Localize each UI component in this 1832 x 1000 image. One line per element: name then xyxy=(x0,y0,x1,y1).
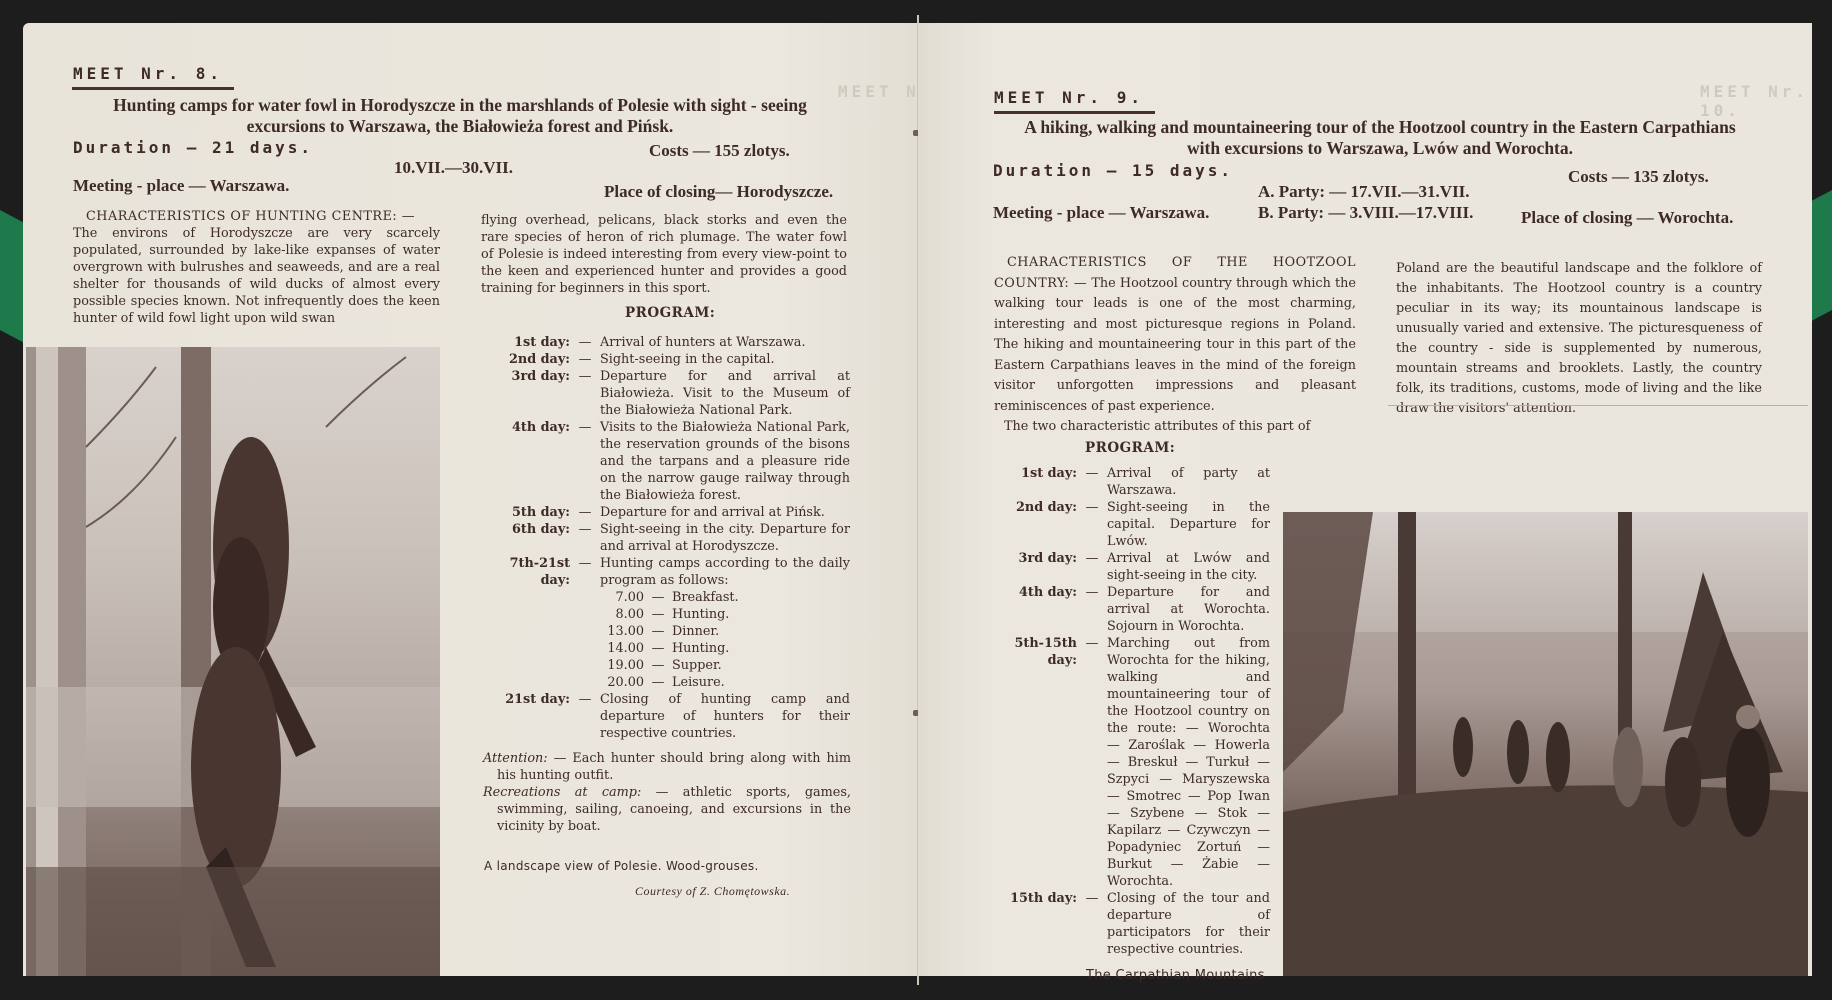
meet-9-title-underline xyxy=(994,111,1155,114)
program-desc: Sight-seeing in the capital. Departure f… xyxy=(1107,499,1270,550)
schedule-activity: Breakfast. xyxy=(672,589,739,606)
meet-9-duration: Duration — 15 days. xyxy=(993,161,1233,180)
schedule-activity: Hunting. xyxy=(672,640,729,657)
program-day: 1st day: xyxy=(480,334,570,351)
program-desc: Departure for and arrival at Worochta. S… xyxy=(1107,584,1270,635)
meet-8-characteristics-text: The environs of Horodyszcze are very sca… xyxy=(73,225,440,327)
meet-9-program-heading: PROGRAM: xyxy=(1085,440,1175,456)
schedule-dash: — xyxy=(644,589,672,606)
program-desc: Sight-seeing in the city. Departure for … xyxy=(600,521,850,555)
program-day: 1st day: xyxy=(985,465,1077,499)
schedule-time: 14.00 xyxy=(602,640,644,657)
program-desc: Departure for and arrival at Białowieża.… xyxy=(600,368,850,419)
program-day: 5th-15th day: xyxy=(985,635,1077,890)
program-dash: — xyxy=(570,351,600,368)
photo-carpathian-hikers xyxy=(1283,512,1808,976)
schedule-row: 8.00—Hunting. xyxy=(602,606,850,623)
photo-credit: Courtesy of Z. Chomętowska. xyxy=(635,884,790,899)
program-dash: — xyxy=(570,334,600,351)
schedule-dash: — xyxy=(644,657,672,674)
program-day: 4th day: xyxy=(480,419,570,504)
meet-8-duration: Duration — 21 days. xyxy=(73,138,313,157)
program-row: 3rd day:—Departure for and arrival at Bi… xyxy=(480,368,850,419)
meet-8-dates: 10.VII.—30.VII. xyxy=(394,158,513,178)
recreations-line: Recreations at camp: — athletic sports, … xyxy=(483,784,851,835)
meet-8-meeting-place: Meeting - place — Warszawa. xyxy=(73,176,289,196)
program-dash: — xyxy=(1077,465,1107,499)
program-row: 3rd day:—Arrival at Lwów and sight-seein… xyxy=(985,550,1270,584)
program-dash: — xyxy=(570,504,600,521)
schedule-activity: Supper. xyxy=(672,657,722,674)
photo-caption: A landscape view of Polesie. Wood-grouse… xyxy=(484,859,759,873)
meet-8-place-of-closing: Place of closing— Horodyszcze. xyxy=(604,182,833,202)
program-row: 21st day:—Closing of hunting camp and de… xyxy=(480,691,850,742)
schedule-activity: Leisure. xyxy=(672,674,725,691)
program-desc: Departure for and arrival at Pińsk. xyxy=(600,504,850,521)
attention-label: Attention: xyxy=(483,751,548,766)
program-day: 3rd day: xyxy=(480,368,570,419)
program-dash: — xyxy=(1077,584,1107,635)
program-day: 5th day: xyxy=(480,504,570,521)
program-desc: Marching out from Worochta for the hikin… xyxy=(1107,635,1270,890)
carpathian-hikers-photo-icon xyxy=(1283,512,1808,976)
program-desc: Visits to the Białowieża National Park, … xyxy=(600,419,850,504)
paste-edge-line xyxy=(1388,405,1808,406)
attention-line: Attention: — Each hunter should bring al… xyxy=(483,750,851,784)
schedule-row: 13.00—Dinner. xyxy=(602,623,850,640)
program-day: 6th day: xyxy=(480,521,570,555)
schedule-time: 13.00 xyxy=(602,623,644,640)
program-row: 6th day:—Sight-seeing in the city. Depar… xyxy=(480,521,850,555)
meet-8-program-list: 1st day:—Arrival of hunters at Warszawa.… xyxy=(480,334,850,742)
meet-9-characteristics-text: The Hootzool country through which the w… xyxy=(994,276,1356,414)
schedule-row: 14.00—Hunting. xyxy=(602,640,850,657)
meet-8-characteristics-col2: flying overhead, pelicans, black storks … xyxy=(481,212,847,297)
meet-9-party-a: A. Party: — 17.VII.—31.VII. xyxy=(1258,182,1470,202)
program-day: 15th day: xyxy=(985,890,1077,958)
schedule-time: 20.00 xyxy=(602,674,644,691)
schedule-row: 19.00—Supper. xyxy=(602,657,850,674)
schedule-row: 20.00—Leisure. xyxy=(602,674,850,691)
meet-9-subtitle: A hiking, walking and mountaineering tou… xyxy=(990,117,1770,159)
meet-8-subtitle: Hunting camps for water fowl in Horodysz… xyxy=(70,95,850,137)
program-day: 21st day: xyxy=(480,691,570,742)
meet-9-subtitle-line2: with excursions to Warszawa, Lwów and Wo… xyxy=(990,138,1770,159)
schedule-dash: — xyxy=(644,640,672,657)
program-day: 3rd day: xyxy=(985,550,1077,584)
program-dash: — xyxy=(1077,550,1107,584)
wood-grouse-photo-icon xyxy=(26,347,440,976)
program-row: 4th day:—Visits to the Białowieża Nation… xyxy=(480,419,850,504)
meet-8-characteristics-col1: CHARACTERISTICS OF HUNTING CENTRE: — The… xyxy=(73,208,440,327)
program-row: 1st day:—Arrival of party at Warszawa. xyxy=(985,465,1270,499)
meet-9-characteristics-text-b: The two characteristic attributes of thi… xyxy=(994,417,1356,438)
photo-wood-grouses xyxy=(26,347,440,976)
program-day: 2nd day: xyxy=(480,351,570,368)
attention-text: — Each hunter should bring along with hi… xyxy=(497,751,851,783)
program-dash: — xyxy=(1077,499,1107,550)
program-row: 5th day:—Departure for and arrival at Pi… xyxy=(480,504,850,521)
program-desc: Sight-seeing in the capital. xyxy=(600,351,850,368)
meet-9-meeting-place: Meeting - place — Warszawa. xyxy=(993,203,1209,223)
meet-8-program-heading: PROGRAM: xyxy=(625,305,715,321)
attention-note: Attention: — Each hunter should bring al… xyxy=(483,750,851,835)
program-desc: Hunting camps according to the daily pro… xyxy=(600,555,850,589)
schedule-dash: — xyxy=(644,606,672,623)
program-dash: — xyxy=(570,521,600,555)
meet-9-characteristics-col2: Poland are the beautiful landscape and t… xyxy=(1396,259,1762,419)
schedule-time: 8.00 xyxy=(602,606,644,623)
meet-9-subtitle-line1: A hiking, walking and mountaineering tou… xyxy=(990,117,1770,138)
photo-caption-partial: The Carpathian Mountains xyxy=(1086,968,1265,983)
program-row: 4th day:—Departure for and arrival at Wo… xyxy=(985,584,1270,635)
program-desc: Closing of the tour and departure of par… xyxy=(1107,890,1270,958)
meet-8-subtitle-line1: Hunting camps for water fowl in Horodysz… xyxy=(70,95,850,116)
meet-8-characteristics-heading: CHARACTERISTICS OF HUNTING CENTRE: — xyxy=(73,208,440,225)
meet-9-program-list: 1st day:—Arrival of party at Warszawa. 2… xyxy=(985,465,1270,958)
program-desc: Arrival of party at Warszawa. xyxy=(1107,465,1270,499)
program-row: 15th day:—Closing of the tour and depart… xyxy=(985,890,1270,958)
program-desc: Closing of hunting camp and departure of… xyxy=(600,691,850,742)
program-dash: — xyxy=(1077,890,1107,958)
program-row: 5th-15th day:—Marching out from Worochta… xyxy=(985,635,1270,890)
meet-9-costs: Costs — 135 zlotys. xyxy=(1568,167,1709,187)
program-dash: — xyxy=(570,691,600,742)
schedule-time: 7.00 xyxy=(602,589,644,606)
program-row: 7th-21st day:—Hunting camps according to… xyxy=(480,555,850,589)
meet-9-characteristics-col1: CHARACTERISTICS OF THE HOOTZOOL COUNTRY:… xyxy=(994,253,1356,438)
program-dash: — xyxy=(570,419,600,504)
schedule-dash: — xyxy=(644,623,672,640)
program-dash: — xyxy=(570,368,600,419)
show-through-title: MEET Nr. 10. xyxy=(1700,82,1832,120)
schedule-activity: Hunting. xyxy=(672,606,729,623)
program-row: 1st day:—Arrival of hunters at Warszawa. xyxy=(480,334,850,351)
recreations-label: Recreations at camp: xyxy=(483,785,641,800)
program-dash: — xyxy=(570,555,600,589)
schedule-activity: Dinner. xyxy=(672,623,719,640)
program-row: 2nd day:—Sight-seeing in the capital. De… xyxy=(985,499,1270,550)
program-day: 7th-21st day: xyxy=(480,555,570,589)
program-desc: Arrival at Lwów and sight-seeing in the … xyxy=(1107,550,1270,584)
meet-8-subtitle-line2: excursions to Warszawa, the Białowieża f… xyxy=(70,116,850,137)
meet-8-title: MEET Nr. 8. xyxy=(73,64,223,83)
meet-8-title-underline xyxy=(72,87,234,90)
program-day: 2nd day: xyxy=(985,499,1077,550)
program-row: 2nd day:—Sight-seeing in the capital. xyxy=(480,351,850,368)
schedule-time: 19.00 xyxy=(602,657,644,674)
meet-9-place-of-closing: Place of closing — Worochta. xyxy=(1521,208,1733,228)
program-desc: Arrival of hunters at Warszawa. xyxy=(600,334,850,351)
schedule-row: 7.00—Breakfast. xyxy=(602,589,850,606)
schedule-dash: — xyxy=(644,674,672,691)
meet-9-party-b: B. Party: — 3.VIII.—17.VIII. xyxy=(1258,203,1473,223)
program-day: 4th day: xyxy=(985,584,1077,635)
meet-8-costs: Costs — 155 zlotys. xyxy=(649,141,790,161)
program-dash: — xyxy=(1077,635,1107,890)
meet-9-title: MEET Nr. 9. xyxy=(994,88,1144,107)
daily-schedule: 7.00—Breakfast. 8.00—Hunting. 13.00—Dinn… xyxy=(480,589,850,691)
